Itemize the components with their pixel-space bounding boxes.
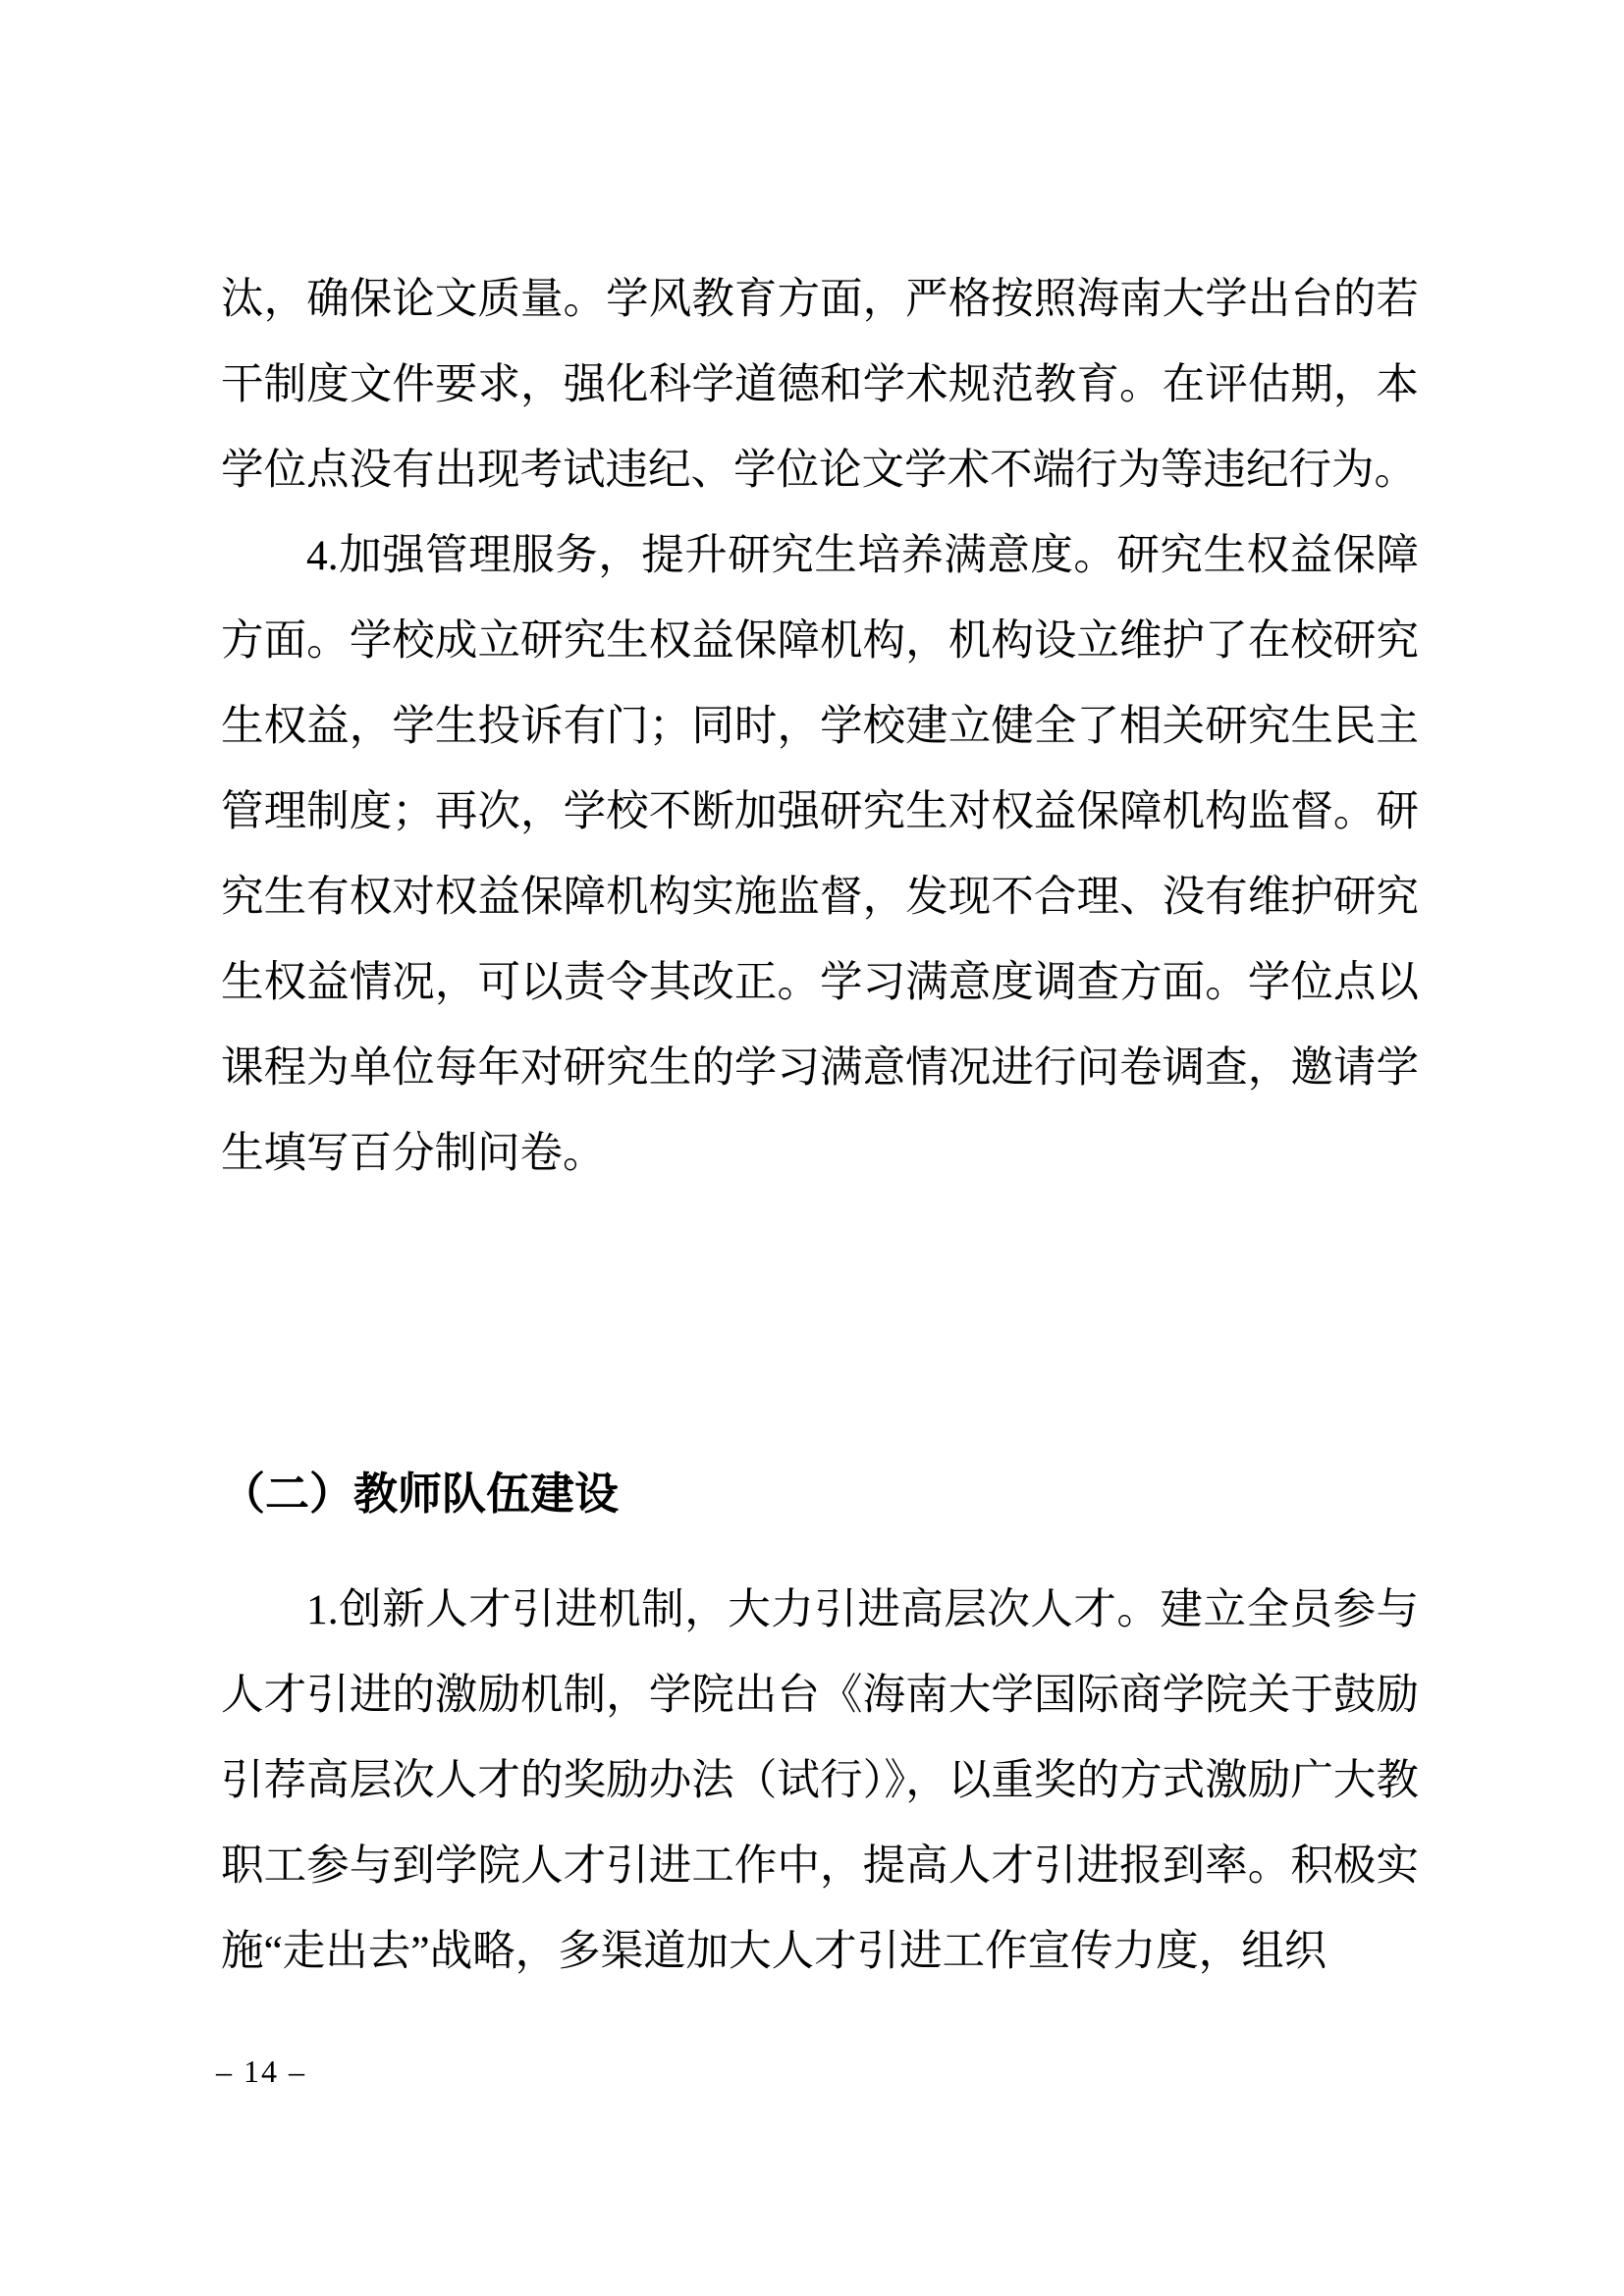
body-paragraph-continued: 汰，确保论文质量。学风教育方面，严格按照海南大学出台的若干制度文件要求，强化科学… — [221, 257, 1419, 513]
body-paragraph-item-4: 4.加强管理服务，提升研究生培养满意度。研究生权益保障方面。学校成立研究生权益保… — [221, 513, 1419, 1197]
document-page: 汰，确保论文质量。学风教育方面，严格按照海南大学出台的若干制度文件要求，强化科学… — [0, 0, 1624, 2296]
page-number: – 14 – — [216, 2052, 306, 2091]
section-heading: （二）教师队伍建设 — [221, 1451, 1419, 1536]
body-paragraph-item-1: 1.创新人才引进机制，大力引进高层次人才。建立全员参与人才引进的激励机制，学院出… — [221, 1568, 1419, 1995]
document-body: 汰，确保论文质量。学风教育方面，严格按照海南大学出台的若干制度文件要求，强化科学… — [221, 0, 1419, 1995]
